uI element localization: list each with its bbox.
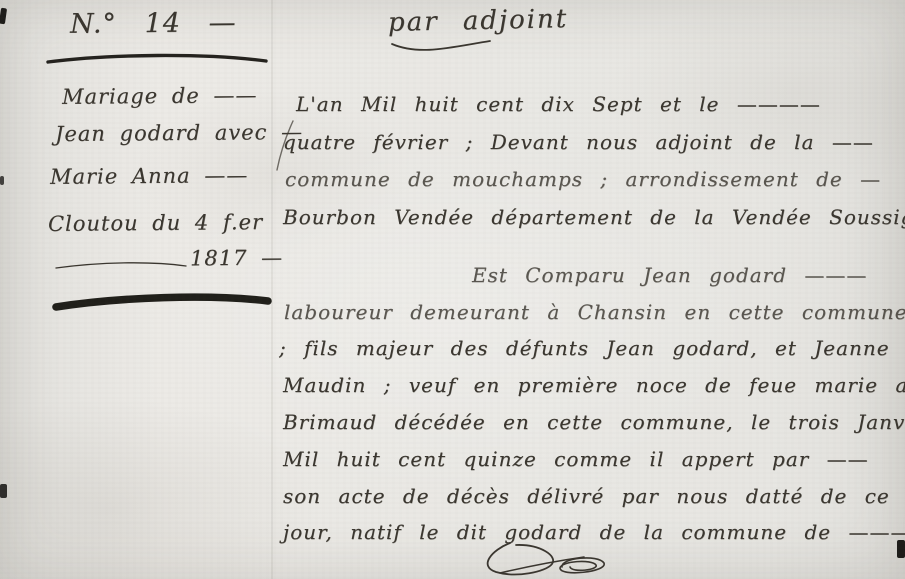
scan-edge-mark bbox=[0, 8, 7, 25]
body-line: ; fils majeur des défunts Jean godard, e… bbox=[279, 336, 905, 360]
body-line: Maudin ; veuf en première noce de feue m… bbox=[283, 373, 905, 397]
scan-edge-mark bbox=[897, 540, 905, 558]
margin-note-line: Mariage de —— bbox=[62, 83, 258, 109]
paraph-flourish bbox=[488, 543, 554, 574]
margin-note-line: Jean godard avec — bbox=[55, 120, 303, 146]
body-line: commune de mouchamps ; arrondissement de… bbox=[285, 167, 881, 191]
body-line: Bourbon Vendée département de la Vendée … bbox=[283, 205, 905, 229]
heading-underline-flourish bbox=[392, 41, 490, 50]
number-underline-stroke bbox=[48, 55, 266, 62]
body-line: Brimaud décédée en cette commune, le tro… bbox=[283, 410, 905, 434]
scanned-register-page: N.° 14 — Mariage de —— Jean godard avec … bbox=[0, 0, 905, 579]
margin-heavy-bar bbox=[56, 297, 268, 307]
margin-note-line: Marie Anna —— bbox=[50, 163, 248, 189]
body-line: laboureur demeurant à Chansin en cette c… bbox=[284, 300, 905, 324]
paraph-connector bbox=[500, 557, 584, 573]
paraph-coil bbox=[560, 558, 604, 573]
scan-edge-mark bbox=[0, 176, 4, 185]
body-line: jour, natif le dit godard de la commune … bbox=[283, 520, 905, 544]
scan-edge-mark bbox=[0, 484, 7, 498]
body-line: Mil huit cent quinze comme il appert par… bbox=[283, 447, 869, 471]
heading-par-adjoint: par adjoint bbox=[388, 4, 569, 38]
margin-note-line: Cloutou du 4 f.er bbox=[48, 210, 263, 236]
body-line: L'an Mil huit cent dix Sept et le ———— bbox=[296, 92, 821, 116]
margin-fold-line bbox=[271, 0, 273, 579]
body-line: Est Comparu Jean godard ——— bbox=[472, 263, 867, 287]
margin-note-year: 1817 — bbox=[190, 246, 283, 271]
act-number: N.° 14 — bbox=[70, 7, 237, 39]
body-line: quatre février ; Devant nous adjoint de … bbox=[283, 130, 874, 154]
margin-thin-rule bbox=[56, 263, 186, 268]
body-line: son acte de décès délivré par nous datté… bbox=[283, 484, 905, 508]
